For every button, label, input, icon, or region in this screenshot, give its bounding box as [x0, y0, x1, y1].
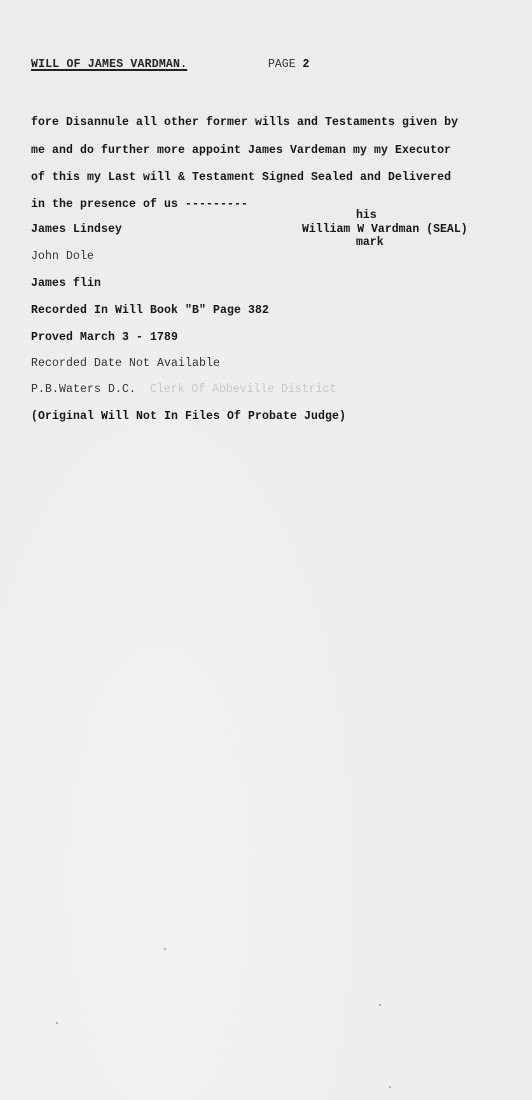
signature-name: William W Vardman (SEAL)	[302, 223, 468, 236]
proved-line: Proved March 3 - 1789	[31, 331, 178, 344]
scan-speck	[56, 1022, 58, 1024]
document-title: WILL OF JAMES VARDMAN.	[31, 58, 187, 71]
page-indicator: PAGE 2	[268, 58, 309, 71]
scan-speck	[379, 1004, 381, 1006]
note-line: (Original Will Not In Files Of Probate J…	[31, 410, 346, 423]
body-line-2: me and do further more appoint James Var…	[31, 144, 451, 157]
recorded-date-line: Recorded Date Not Available	[31, 357, 220, 370]
page-number: 2	[303, 58, 310, 71]
document-page: WILL OF JAMES VARDMAN. PAGE 2 fore Disan…	[0, 0, 532, 1100]
signature-mark: mark	[356, 236, 384, 249]
body-line-3: of this my Last will & Testament Signed …	[31, 171, 451, 184]
page-label: PAGE	[268, 58, 296, 71]
signature-his: his	[356, 209, 377, 222]
witness-1: James Lindsey	[31, 223, 122, 236]
witness-2: John Dole	[31, 250, 94, 263]
scan-speck	[164, 948, 166, 950]
witness-3: James flin	[31, 277, 101, 290]
body-line-4: in the presence of us ---------	[31, 198, 248, 211]
clerk-faded-suffix: Clerk Of Abbeville District	[150, 383, 336, 396]
body-line-1: fore Disannule all other former wills an…	[31, 116, 458, 129]
scan-speck	[389, 1086, 391, 1088]
clerk-line: P.B.Waters D.C.	[31, 383, 136, 396]
recorded-in-line: Recorded In Will Book "B" Page 382	[31, 304, 269, 317]
